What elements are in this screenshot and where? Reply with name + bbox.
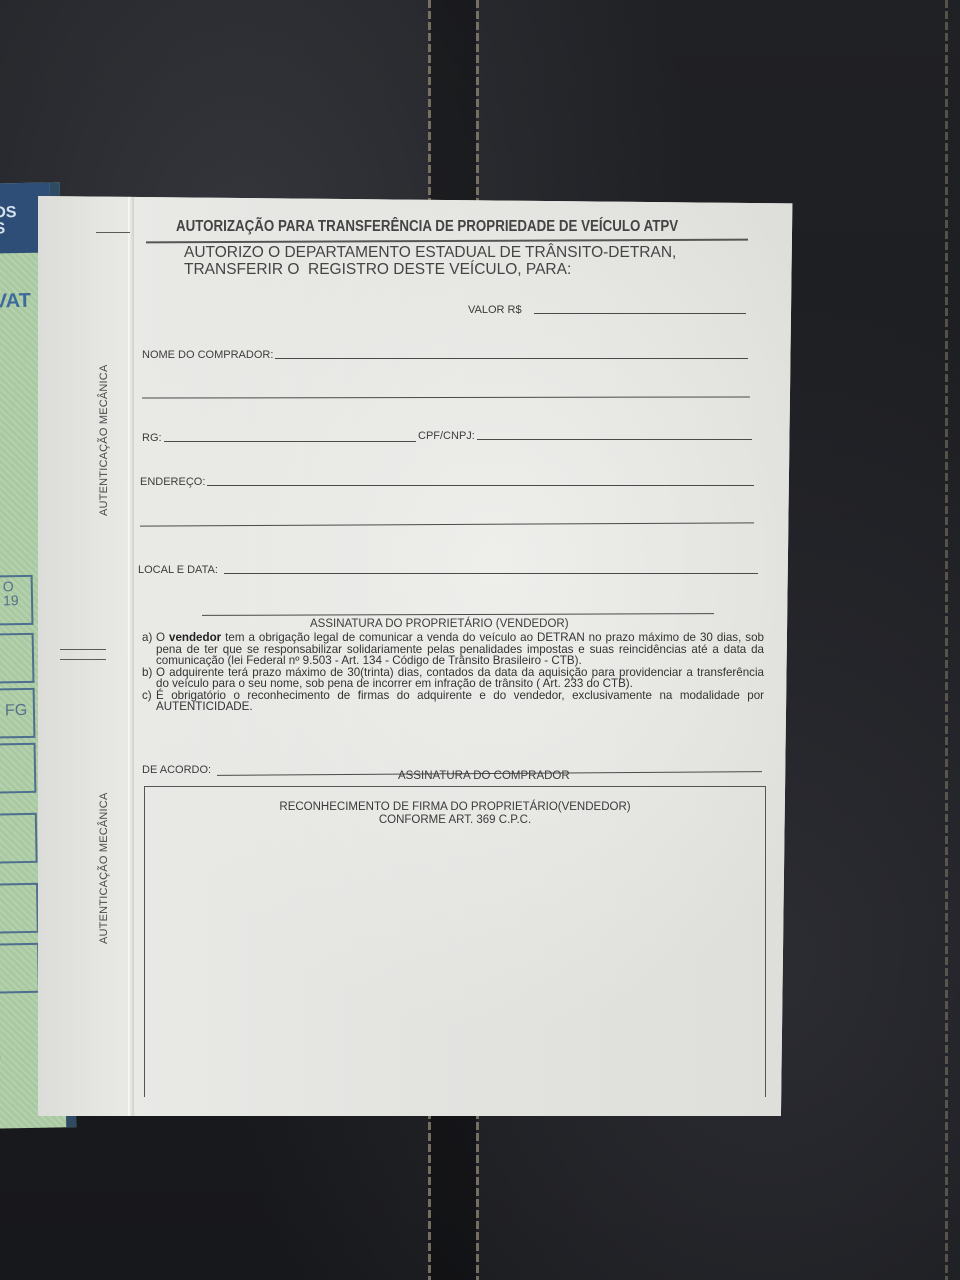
- signature-recognition-box[interactable]: RECONHECIMENTO DE FIRMA DO PROPRIETÁRIO(…: [144, 786, 766, 1097]
- place-date-label: LOCAL E DATA:: [138, 564, 218, 576]
- crv-field-box: [0, 883, 39, 934]
- seller-signature-label: ASSINATURA DO PROPRIETÁRIO (VENDEDOR): [310, 618, 569, 630]
- crv-field-box: [0, 813, 38, 864]
- cpf-cnpj-field[interactable]: CPF/CNPJ:: [418, 430, 752, 442]
- valor-label: VALOR R$: [468, 304, 522, 316]
- address-input-line[interactable]: [207, 485, 754, 486]
- place-date-field[interactable]: LOCAL E DATA:: [138, 564, 758, 576]
- place-date-input-line[interactable]: [224, 573, 758, 574]
- address-label: ENDEREÇO:: [140, 476, 205, 488]
- rg-field[interactable]: RG:: [142, 432, 416, 444]
- crv-field-box: [0, 943, 40, 994]
- crv-field-box: [0, 743, 36, 794]
- valor-field[interactable]: VALOR R$: [468, 304, 746, 316]
- crv-watermark-text: VAT: [0, 290, 31, 314]
- recognition-box-title: RECONHECIMENTO DE FIRMA DO PROPRIETÁRIO(…: [145, 801, 765, 827]
- valor-input-line[interactable]: [534, 313, 746, 314]
- mechanical-authentication-label-top: AUTENTICAÇÃO MECÂNICA: [98, 365, 110, 517]
- buyer-name-field[interactable]: NOME DO COMPRADOR:: [142, 349, 748, 361]
- stub-fold-crease: [128, 196, 134, 1116]
- atpv-form: AUTORIZAÇÃO PARA TRANSFERÊNCIA DE PROPRI…: [138, 196, 778, 1116]
- buyer-name-label: NOME DO COMPRADOR:: [142, 349, 273, 361]
- note-c: c) É obrigatório o reconhecimento de fir…: [142, 690, 764, 713]
- seat-seam: [945, 0, 948, 1280]
- form-title: AUTORIZAÇÃO PARA TRANSFERÊNCIA DE PROPRI…: [176, 218, 678, 236]
- agreement-label: DE ACORDO:: [142, 764, 211, 776]
- cpf-cnpj-input-line[interactable]: [477, 439, 752, 440]
- stub-rule: [60, 659, 106, 660]
- address-continuation-line[interactable]: [140, 522, 754, 526]
- seller-signature-line[interactable]: [202, 613, 714, 616]
- buyer-name-input-line[interactable]: [275, 358, 748, 359]
- note-a: a) O vendedor tem a obrigação legal de c…: [142, 632, 764, 667]
- stub-rule: [60, 649, 106, 650]
- rg-input-line[interactable]: [164, 441, 416, 442]
- rg-label: RG:: [142, 432, 162, 444]
- buyer-name-continuation-line[interactable]: [142, 396, 750, 398]
- stub-rule: [96, 232, 130, 233]
- crv-field-box: [0, 633, 34, 684]
- form-subtitle: AUTORIZO O DEPARTAMENTO ESTADUAL DE TRÂN…: [184, 244, 676, 278]
- crv-field-box: O 19: [0, 575, 33, 626]
- legal-notes: a) O vendedor tem a obrigação legal de c…: [142, 632, 764, 713]
- buyer-signature-label: ASSINATURA DO COMPRADOR: [398, 770, 570, 782]
- title-underline: [146, 239, 748, 244]
- crv-header-text: DS S: [0, 205, 17, 237]
- cpf-cnpj-label: CPF/CNPJ:: [418, 430, 475, 442]
- note-b: b) O adquirente terá prazo máximo de 30(…: [142, 667, 764, 690]
- address-field[interactable]: ENDEREÇO:: [140, 476, 754, 488]
- atpv-form-paper: AUTENTICAÇÃO MECÂNICA AUTENTICAÇÃO MECÂN…: [38, 196, 800, 1116]
- crv-field-box: FG: [0, 688, 35, 739]
- mechanical-authentication-label-bottom: AUTENTICAÇÃO MECÂNICA: [98, 793, 110, 945]
